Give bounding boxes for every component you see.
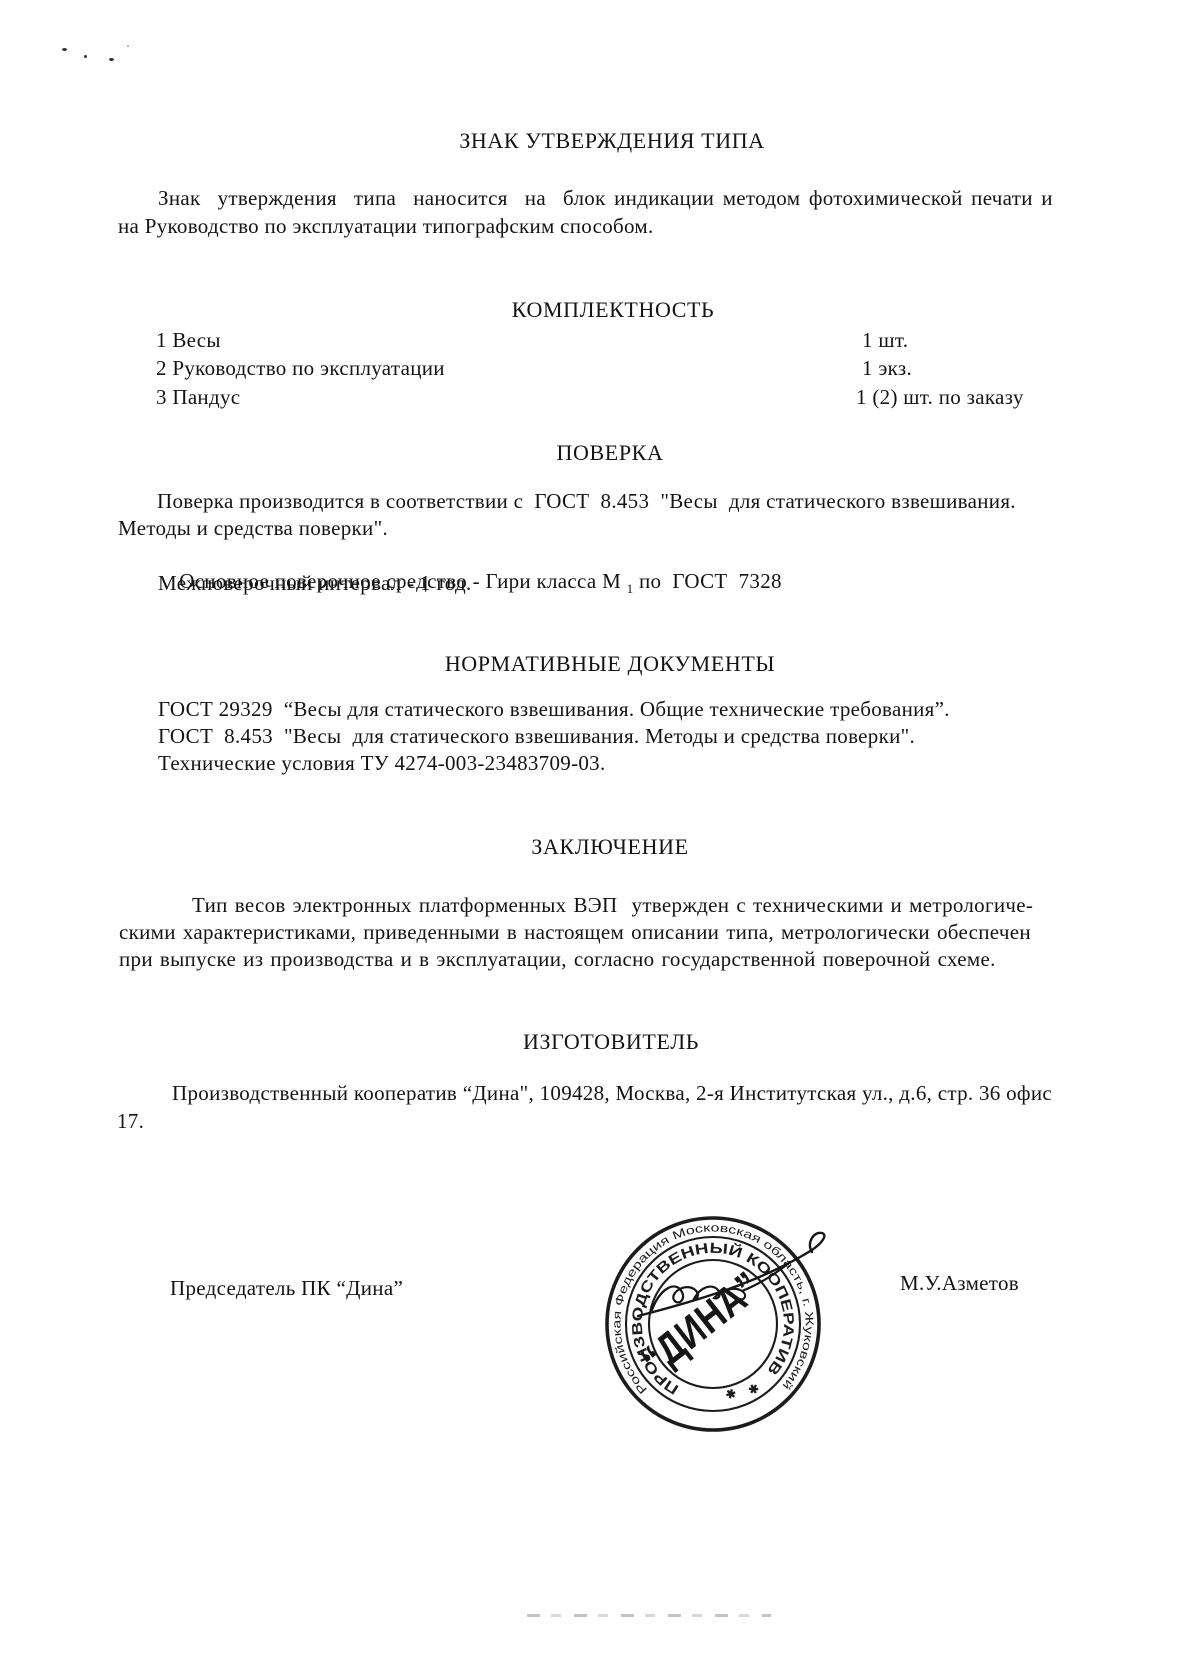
type-approval-paragraph-line1: Знак утверждения типа наносится на блок … — [158, 186, 1053, 211]
completeness-item-name: 3 Пандус — [156, 385, 240, 410]
conclusion-line2: скими характеристиками, приведенными в н… — [119, 920, 1031, 945]
normative-doc-line2: ГОСТ 8.453 "Весы для статического взвеши… — [158, 724, 915, 749]
verification-line2: Методы и средства поверки". — [118, 516, 388, 541]
conclusion-line1: Тип весов электронных платформенных ВЭП … — [192, 893, 1033, 918]
scan-speck — [127, 45, 129, 47]
signer-name: М.У.Азметов — [900, 1271, 1019, 1296]
section-title-manufacturer: ИЗГОТОВИТЕЛЬ — [523, 1029, 699, 1055]
completeness-item-name: 1 Весы — [156, 328, 221, 353]
conclusion-line3: при выпуске из производства и в эксплуат… — [119, 947, 996, 972]
completeness-item-quantity: 1 экз. — [862, 356, 912, 381]
completeness-item-quantity: 1 шт. — [862, 328, 908, 353]
normative-doc-line3: Технические условия ТУ 4274-003-23483709… — [158, 751, 606, 776]
signer-position-label: Председатель ПК “Дина” — [170, 1276, 403, 1301]
section-title-completeness: КОМПЛЕКТНОСТЬ — [512, 297, 715, 323]
normative-doc-line1: ГОСТ 29329 “Весы для статического взвеши… — [158, 697, 950, 722]
section-title-type-approval-mark: ЗНАК УТВЕРЖДЕНИЯ ТИПА — [459, 128, 764, 154]
scan-speck — [109, 58, 114, 61]
verification-line1: Поверка производится в соответствии с ГО… — [157, 489, 1016, 514]
completeness-item-name: 2 Руководство по эксплуатации — [156, 356, 445, 381]
company-round-stamp: Российская Федерация Московская область,… — [575, 1185, 875, 1475]
manufacturer-line1: Производственный кооператив “Дина", 1094… — [172, 1081, 1052, 1106]
weight-class-subscript: 1 — [627, 581, 634, 596]
stamp-separator-star: ✱ — [745, 1381, 761, 1398]
scan-artifact-line — [527, 1614, 771, 1617]
section-title-conclusion: ЗАКЛЮЧЕНИЕ — [531, 834, 688, 860]
manufacturer-line2: 17. — [117, 1109, 144, 1134]
type-approval-paragraph-line2: на Руководство по эксплуатации типографс… — [118, 214, 654, 239]
section-title-verification: ПОВЕРКА — [557, 440, 664, 466]
stamp-separator-star: ✱ — [724, 1386, 737, 1402]
scanned-document-page: ЗНАК УТВЕРЖДЕНИЯ ТИПА Знак утверждения т… — [0, 0, 1184, 1658]
verification-line4: Межповерочный интервал - 1 год. — [158, 571, 472, 596]
scan-speck — [62, 48, 67, 51]
completeness-item-quantity: 1 (2) шт. по заказу — [856, 385, 1024, 410]
scan-speck — [84, 55, 87, 58]
verification-line3-text-after: по ГОСТ 7328 — [633, 569, 781, 593]
section-title-normative-documents: НОРМАТИВНЫЕ ДОКУМЕНТЫ — [445, 651, 775, 677]
